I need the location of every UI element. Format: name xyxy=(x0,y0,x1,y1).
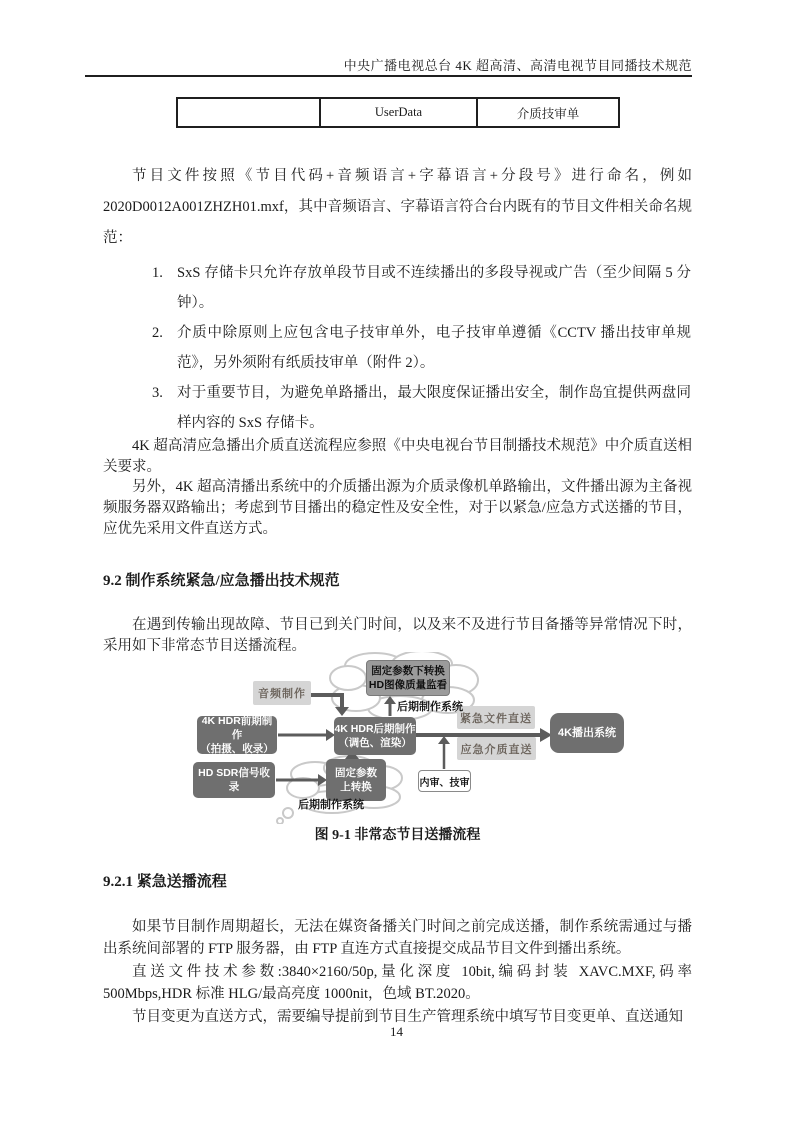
node-label: 紧急文件直送 xyxy=(460,710,532,726)
numbered-list: 1. SxS 存储卡只允许存放单段节目或不连续播出的多段导视或广告（至少间隔 5… xyxy=(148,258,691,438)
node-label: 上转换 xyxy=(340,780,372,794)
node-emergency-file-direct: 紧急文件直送 xyxy=(457,706,535,729)
node-fixed-param-downconvert: 固定参数下转换 HD图像质量监看 xyxy=(366,660,450,696)
table-cell-userdata: UserData xyxy=(319,99,478,126)
flow-diagram: 音频制作 固定参数下转换 HD图像质量监看 4K HDR前期制作 （拍摄、收录）… xyxy=(160,652,665,824)
node-label: 音频制作 xyxy=(258,685,306,701)
list-number: 2. xyxy=(152,318,163,348)
list-text: 介质中除原则上应包含电子技审单外，电子技审单遵循《CCTV 播出技审单规范》，另… xyxy=(177,325,691,371)
paragraph-ftp-delivery: 如果节目制作周期超长，无法在媒资备播关门时间之前完成送播，制作系统需通过与播出系… xyxy=(103,916,692,960)
list-text: 对于重要节目，为避免单路播出，最大限度保证播出安全，制作岛宜提供两盘同样内容的 … xyxy=(177,385,691,431)
paragraph-naming-rule: 节目文件按照《节目代码+音频语言+字幕语言+分段号》进行命名，例如 2020D0… xyxy=(103,161,692,254)
list-number: 3. xyxy=(152,378,163,408)
table-cell-media-review: 介质技审单 xyxy=(478,99,618,126)
list-item: 2. 介质中除原则上应包含电子技审单外，电子技审单遵循《CCTV 播出技审单规范… xyxy=(148,318,691,378)
node-fixed-param-upconvert: 固定参数 上转换 xyxy=(326,759,386,801)
node-4k-hdr-preproduction: 4K HDR前期制作 （拍摄、收录） xyxy=(197,716,277,754)
figure-caption: 图 9-1 非常态节目送播流程 xyxy=(103,824,692,844)
page-header-title: 中央广播电视总台 4K 超高清、高清电视节目同播技术规范 xyxy=(103,55,692,74)
paragraph-playout-source: 另外，4K 超高清播出系统中的介质播出源为介质录像机单路输出，文件播出源为主备视… xyxy=(103,477,692,540)
userdata-table: UserData 介质技审单 xyxy=(176,97,620,128)
paragraph-media-direct: 4K 超高清应急播出介质直送流程应参照《中央电视台节目制播技术规范》中介质直送相… xyxy=(103,436,692,478)
list-item: 1. SxS 存储卡只允许存放单段节目或不连续播出的多段导视或广告（至少间隔 5… xyxy=(148,258,691,318)
paragraph-file-tech-params: 直送文件技术参数:3840×2160/50p,量化深度 10bit,编码封装 X… xyxy=(103,961,692,1005)
node-label: （拍摄、收录） xyxy=(200,742,274,756)
list-item: 3. 对于重要节目，为避免单路播出，最大限度保证播出安全，制作岛宜提供两盘同样内… xyxy=(148,378,691,438)
node-label: （调色、渲染） xyxy=(338,736,412,750)
paragraph-abnormal-flow: 在遇到传输出现故障、节目已到关门时间，以及来不及进行节目备播等异常情况下时，采用… xyxy=(103,615,692,657)
node-audio-production: 音频制作 xyxy=(253,681,311,705)
node-label: 应急介质直送 xyxy=(461,741,533,757)
node-4k-hdr-postproduction: 4K HDR后期制作 （调色、渲染） xyxy=(334,717,416,755)
node-emergency-media-direct: 应急介质直送 xyxy=(457,737,536,760)
node-label: HD SDR信号收录 xyxy=(193,766,275,794)
node-hd-sdr-capture: HD SDR信号收录 xyxy=(193,762,275,798)
table-cell-empty xyxy=(178,99,319,126)
node-label: HD图像质量监看 xyxy=(369,678,447,692)
list-number: 1. xyxy=(152,258,163,288)
node-internal-technical-review: 内审、技审 xyxy=(418,770,471,792)
cloud-label-postproduction-system-top: 后期制作系统 xyxy=(397,698,463,714)
node-label: 固定参数 xyxy=(335,766,377,780)
page-number: 14 xyxy=(0,1024,793,1040)
section-heading-9-2-1: 9.2.1 紧急送播流程 xyxy=(103,870,692,891)
node-label: 4K HDR后期制作 xyxy=(334,722,415,736)
node-label: 内审、技审 xyxy=(420,774,470,789)
list-text: SxS 存储卡只允许存放单段节目或不连续播出的多段导视或广告（至少间隔 5 分钟… xyxy=(177,265,691,311)
node-label: 固定参数下转换 xyxy=(371,664,445,678)
section-heading-9-2: 9.2 制作系统紧急/应急播出技术规范 xyxy=(103,569,692,590)
node-4k-playout-system: 4K播出系统 xyxy=(550,713,624,753)
node-label: 4K播出系统 xyxy=(558,726,616,740)
node-label: 4K HDR前期制作 xyxy=(197,714,277,742)
header-rule xyxy=(85,75,692,77)
cloud-label-postproduction-system-bottom: 后期制作系统 xyxy=(298,796,364,812)
